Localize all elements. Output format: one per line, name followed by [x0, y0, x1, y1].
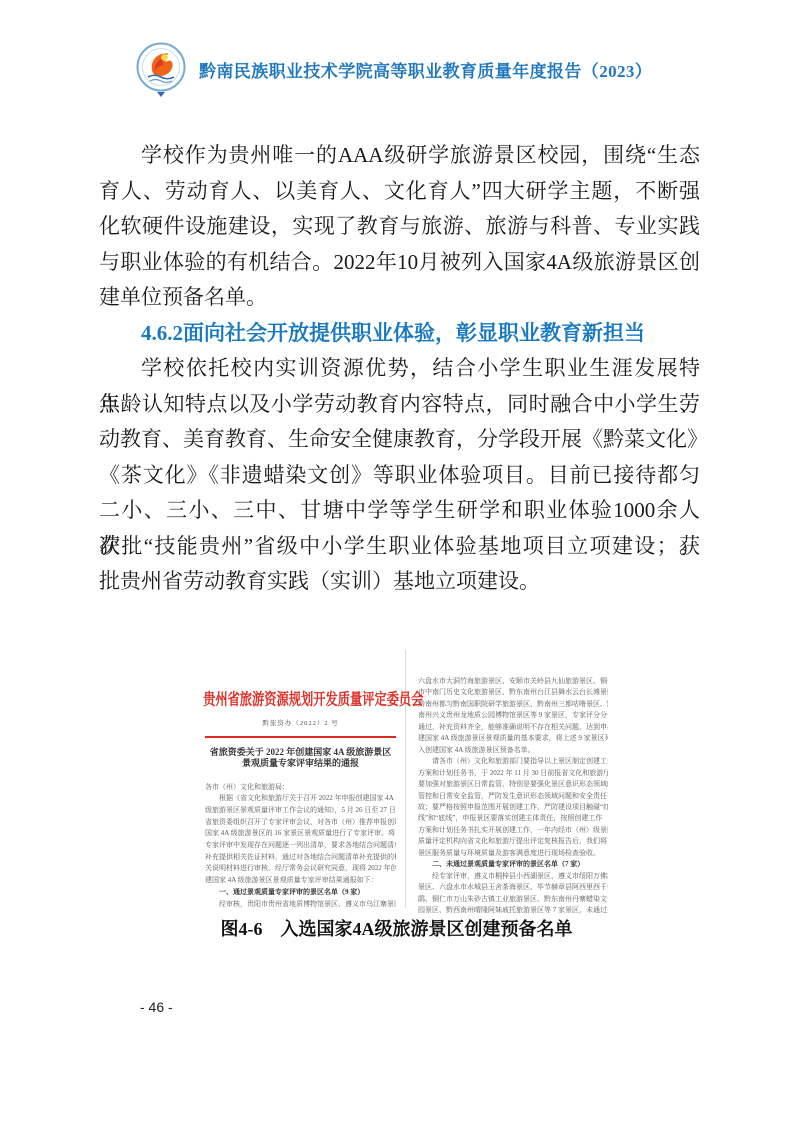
scan-org-title: 贵州省旅游资源规划开发质量评定委员会	[203, 687, 398, 711]
scan-line: 关说明材料进行审核，经厅常务会议研究同意，现将 2022 年创	[205, 863, 396, 875]
scan-line: 一、通过景观质量专家评审的景区名单（9 家）	[205, 887, 396, 899]
scan-line: 质量评定机构向省文化和旅游厅提出评定复核报告后，我们将对	[418, 836, 608, 847]
scan-page-right: 六盘水市大洞竹海旅游景区、安顺市关岭县九仙旅游景区、铜仁 市中南门历史文化旅游景…	[406, 650, 616, 908]
scan-line: 故；要严格按照申报范围开展创建工作，严防建设项目触碰“红	[418, 802, 608, 813]
scan-line: 方案和计划任务书扎实开展创建工作，一年内经市（州）级景区	[418, 825, 608, 836]
paragraph1-line: 建单位预备名单。	[99, 280, 700, 316]
scan-line: 专家评审中发现存在问题逐一列出清单，要求各地结合问题清单	[205, 840, 396, 852]
scan-line: 线”和“底线”，申报景区要落实创建主体责任，按照创建工作	[418, 813, 608, 824]
main-content: 学校作为贵州唯一的AAA级研学旅游景区校园，围绕“生态 育人、劳动育人、以美育人…	[99, 138, 700, 600]
paragraph1-line: 育人、劳动育人、以美育人、文化育人”四大研学主题，不断强	[99, 174, 700, 210]
report-title: 黔南民族职业技术学院高等职业教育质量年度报告（2023）	[199, 57, 652, 82]
document-page: 黔南民族职业技术学院高等职业教育质量年度报告（2023） 学校作为贵州唯一的AA…	[0, 0, 793, 1122]
scan-line: 方案和计划任务书，于 2022 年 11 月 30 日前报省文化和旅游厅；	[418, 768, 608, 779]
paragraph2-line: 动教育、美育教育、生命安全健康教育，分学段开展《黔菜文化》	[99, 422, 700, 458]
scan-line: 入创建国家 4A 级旅游景区预备名单。	[418, 745, 608, 756]
scan-line: 景区服务质量与环境质量及游客满意度进行现场检查验收。	[418, 848, 608, 859]
scan-line: 级旅游景区景观质量评审工作会议的通知》，5 月 26 日至 27 日，	[205, 805, 396, 817]
scan-line: 六盘水市大洞竹海旅游景区、安顺市关岭县九仙旅游景区、铜仁	[418, 676, 608, 687]
scan-line: 补充提供相关佐证材料，通过对各地结合问题清单补充提供的相	[205, 852, 396, 864]
paragraph1-line: 与职业体验的有机结合。2022年10月被列入国家4A级旅游景区创	[99, 245, 700, 281]
scan-line: 要加强对旅游景区日常监管，特别是要强化景区意识形态领域的	[418, 779, 608, 790]
scan-doc-title-line: 省旅资委关于 2022 年创建国家 4A 级旅游景区	[205, 747, 396, 759]
scan-doc-number: 黔旅资办（2022）2 号	[205, 720, 396, 728]
scan-line: 鹃、铜仁市万山朱砂古镇工业旅游景区、黔东南州丹寨蜡染文化	[418, 894, 608, 905]
scan-red-rule	[205, 736, 396, 738]
scan-line: 省旅资委组织召开了专家评审会议，对各市（州）推荐申报创建	[205, 817, 396, 829]
paragraph2-line: 二小、三小、三中、甘塘中学等学生研学和职业体验1000余人次。	[99, 493, 700, 529]
scan-line: 经审核，贵阳市贵州省地质博物馆景区、遵义市乌江寨景区、	[205, 899, 396, 911]
scan-line: 各市（州）文化和旅游局：	[205, 782, 396, 794]
scan-doc-title-line: 景观质量专家评审结果的通报	[205, 758, 396, 770]
page-number: - 46 -	[140, 999, 173, 1015]
figure-caption: 图4-6 入选国家4A级旅游景区创建预备名单	[0, 915, 793, 941]
paragraph2-line: 学校依托校内实训资源优势，结合小学生职业生涯发展特点、	[99, 351, 700, 387]
school-emblem-icon	[135, 40, 187, 98]
paragraph2-line: 年龄认知特点以及小学劳动教育内容特点，同时融合中小学生劳	[99, 387, 700, 423]
scan-line: 建国家 4A 级旅游景区景观质量专家评审结果通报如下：	[205, 875, 396, 887]
paragraph1-line: 学校作为贵州唯一的AAA级研学旅游景区校园，围绕“生态	[99, 138, 700, 174]
scan-line: 黔南州都匀黔南国职院研学旅游景区、黔南州三都咕噜景区、黔西	[418, 699, 608, 710]
scan-doc-title: 省旅资委关于 2022 年创建国家 4A 级旅游景区 景观质量专家评审结果的通报	[205, 747, 396, 770]
scan-line: 市中南门历史文化旅游景区、黔东南州台江县舞水云台长滩景区、	[418, 687, 608, 698]
scan-line: 南州兴义贵州龙地质公园博物馆景区等 9 家景区，专家评分分值	[418, 710, 608, 721]
scan-line: 建国家 4A 级旅游景区景观质量的基本要求，将上述 9 家景区列	[418, 733, 608, 744]
scan-line: 请各市（州）文化和旅游部门要指导以上景区制定创建工作	[418, 756, 608, 767]
scan-line: 管控和日常安全监管，严防发生意识形态领域问题和安全责任事	[418, 791, 608, 802]
paragraph2-line: 获批“技能贵州”省级中小学生职业体验基地项目立项建设；获	[99, 529, 700, 565]
scan-line: 通过，补充资料齐全，能够准确说明不存在相关问题，达到申报创	[418, 722, 608, 733]
page-header: 黔南民族职业技术学院高等职业教育质量年度报告（2023）	[135, 40, 652, 98]
section-heading-4-6-2: 4.6.2面向社会开放提供职业体验，彰显职业教育新担当	[99, 316, 700, 352]
scan-page-left: 贵州省旅游资源规划开发质量评定委员会 黔旅资办（2022）2 号 省旅资委关于 …	[196, 650, 405, 908]
scan-line: 根据《省文化和旅游厅关于召开 2022 年申报创建国家 4A	[205, 793, 396, 805]
scan-line: 经专家评审，遵义市桐梓县小西湖景区、遵义市绥阳万佛湖	[418, 871, 608, 882]
paragraph2-line: 《茶文化》《非遗蜡染文创》等职业体验项目。目前已接待都匀	[99, 458, 700, 494]
figure-scan-image: 贵州省旅游资源规划开发质量评定委员会 黔旅资办（2022）2 号 省旅资委关于 …	[196, 650, 616, 908]
scan-line: 二、未通过景观质量专家评审的景区名单（7 家）	[418, 859, 608, 870]
scan-line: 国家 4A 级旅游景区的 16 家景区景观质量进行了专家评审。将	[205, 828, 396, 840]
paragraph1-line: 化软硬件设施建设，实现了教育与旅游、旅游与科普、专业实践	[99, 209, 700, 245]
scan-line: 景区、六盘水市水城县玉舍茶海景区、毕节赫章县阿西里西千年杜	[418, 882, 608, 893]
scan-left-body: 各市（州）文化和旅游局： 根据《省文化和旅游厅关于召开 2022 年申报创建国家…	[205, 782, 396, 911]
paragraph2-line: 批贵州省劳动教育实践（实训）基地立项建设。	[99, 564, 700, 600]
